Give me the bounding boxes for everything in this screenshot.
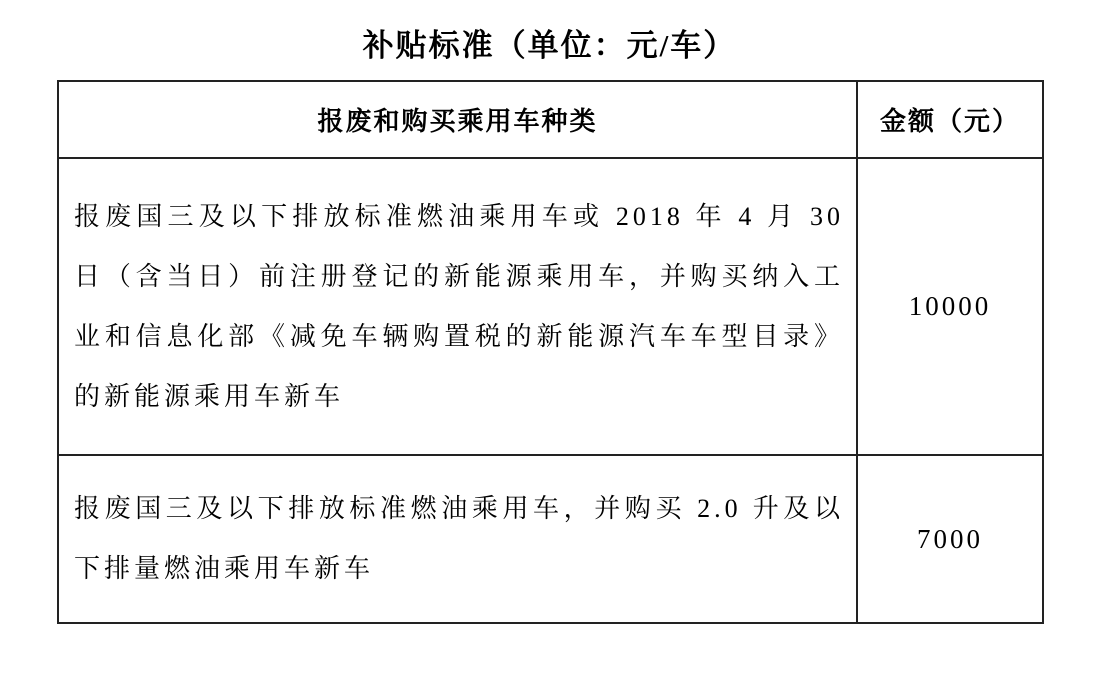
column-header-vehicle-type: 报废和购买乘用车种类 xyxy=(58,81,857,158)
table-row: 报废国三及以下排放标准燃油乘用车或 2018 年 4 月 30 日（含当日）前注… xyxy=(58,158,1043,455)
vehicle-type-cell: 报废国三及以下排放标准燃油乘用车或 2018 年 4 月 30 日（含当日）前注… xyxy=(58,158,857,455)
amount-cell: 10000 xyxy=(857,158,1043,455)
subsidy-standards-table: 报废和购买乘用车种类 金额（元） 报废国三及以下排放标准燃油乘用车或 2018 … xyxy=(57,80,1044,624)
table-row: 报废国三及以下排放标准燃油乘用车，并购买 2.0 升及以下排量燃油乘用车新车 7… xyxy=(58,455,1043,623)
table-header-row: 报废和购买乘用车种类 金额（元） xyxy=(58,81,1043,158)
page-title: 补贴标准（单位：元/车） xyxy=(57,20,1042,65)
column-header-amount: 金额（元） xyxy=(857,81,1043,158)
amount-cell: 7000 xyxy=(857,455,1043,623)
vehicle-type-cell: 报废国三及以下排放标准燃油乘用车，并购买 2.0 升及以下排量燃油乘用车新车 xyxy=(58,455,857,623)
